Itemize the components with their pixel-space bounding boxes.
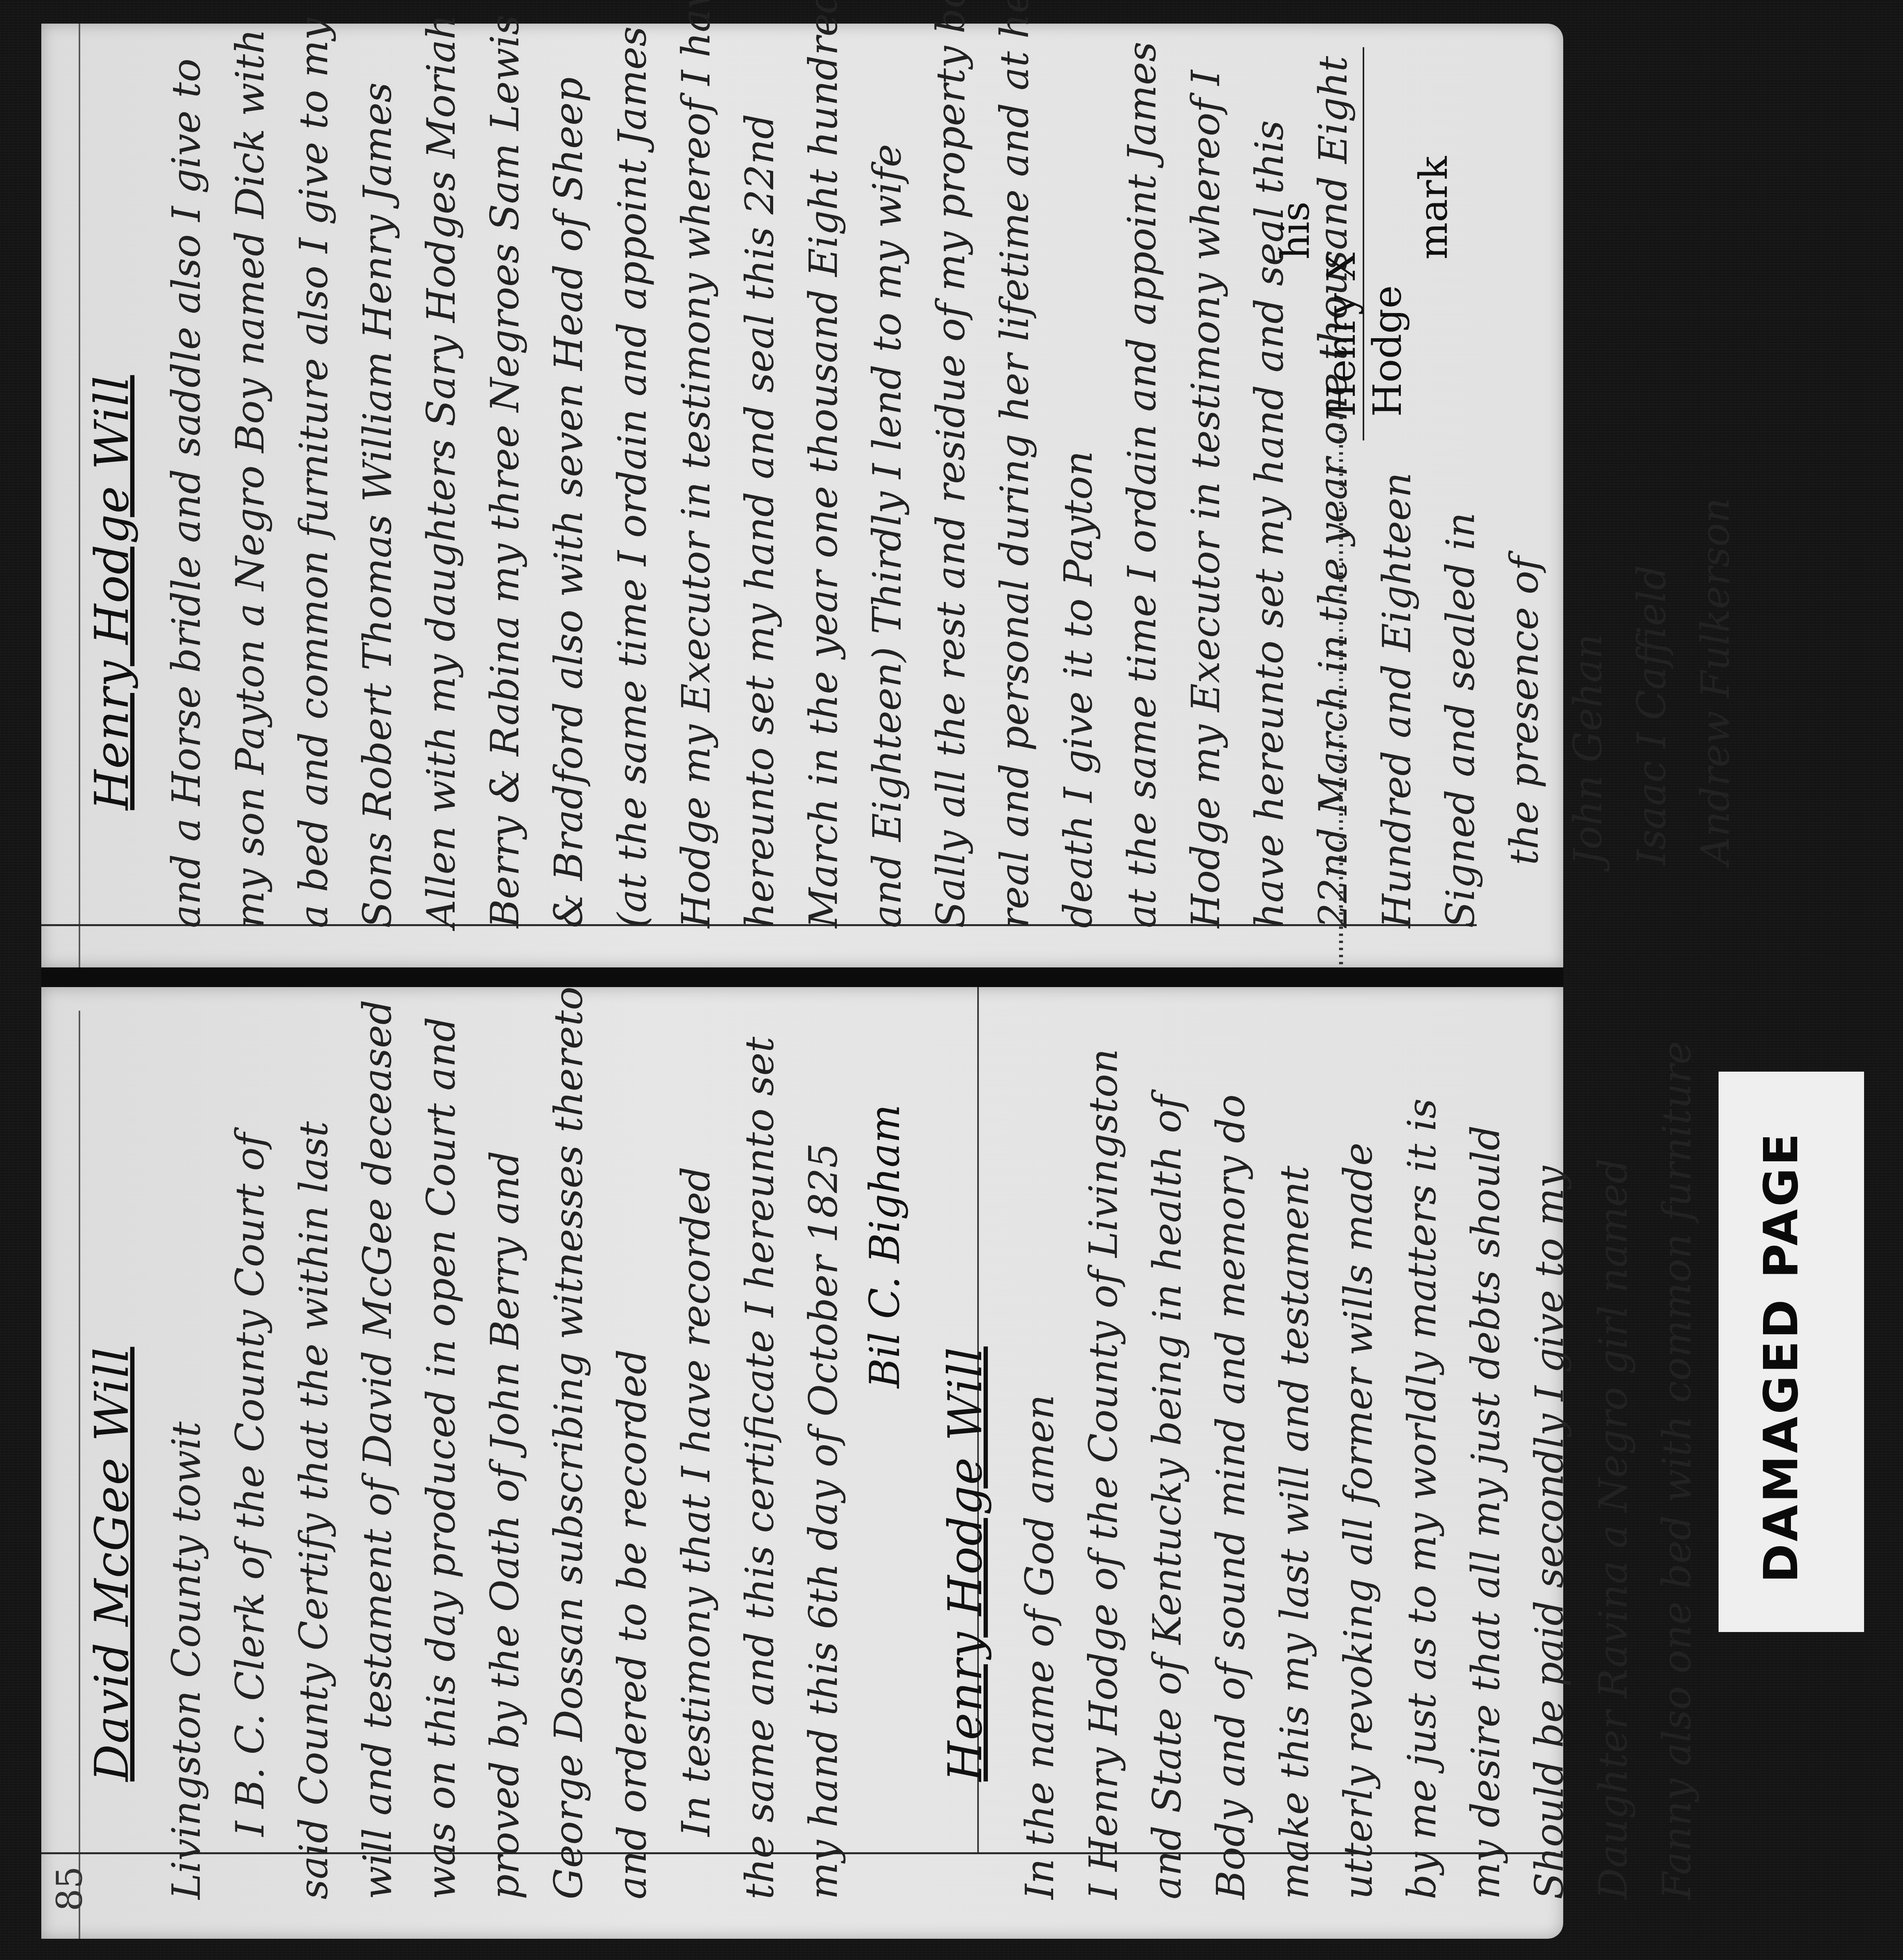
certificate-line: George Dossan subscribing witnesses ther… [537,1026,601,1899]
will-line: Body and of sound mind and memory do [1199,1026,1263,1899]
margin-rule [79,24,80,967]
will-line: Daughter Ravina a Negro girl named [1581,1026,1645,1899]
will-line: and a Horse bridle and saddle also I giv… [155,63,218,928]
will-line: I Henry Hodge of the County of Livingsto… [1072,1026,1135,1899]
certificate-line: I B. C. Clerk of the County Court of [218,1026,282,1899]
will-line: March in the year one thousand Eight hun… [792,63,855,928]
left-page-heading: David McGee Will [85,1026,139,1781]
witness-line: Andrew Fulkerson [1684,63,1747,928]
second-heading: Henry Hodge Will [938,1026,992,1781]
will-line: Should be paid secondly I give to my [1518,1026,1581,1899]
will-book-spread: Henry Hodge Will and a Horse bridle and … [41,24,1563,1939]
certificate-line: was on this day produced in open Court a… [409,1026,473,1899]
will-line: at the same time I ordain and appoint Ja… [1110,63,1174,928]
will-line: Sons Robert Thomas William Henry James [346,63,409,928]
damaged-page-label: DAMAGED PAGE [1754,1131,1809,1583]
certificate-line: and ordered to be recorded [601,1026,664,1899]
testator-his: his [1272,126,1318,417]
will-line: my son Payton a Negro Boy named Dick wit… [218,63,282,928]
right-page: Henry Hodge Will and a Horse bridle and … [41,24,1563,967]
certificate-line: In testimony that I have recorded [664,1026,728,1899]
testator-mark: his Henry X Hodge mark [1272,126,1456,417]
will-line: hereunto set my hand and seal this 22nd [728,63,792,928]
will-line: (at the same time I ordain and appoint J… [601,63,664,928]
testator-mark-label: mark [1410,126,1456,417]
will-line: Fanny also one bed with common furniture [1645,1026,1709,1899]
clerk-signature: Bil C. Bigham [855,1026,914,1899]
book-gutter [41,967,1563,987]
will-line: and Eighteen) Thirdly I lend to my wife [855,63,919,928]
certificate-line: Livingston County towit [155,1026,218,1899]
witness-line: John Gehan [1556,63,1620,928]
will-line: by me just as to my worldly matters it i… [1390,1026,1454,1899]
will-line: a bed and common furniture also I give t… [282,63,346,928]
will-line: death I give it to Payton [1046,63,1110,928]
will-line: In the name of God amen [1008,1026,1072,1899]
testator-name: Henry X Hodge [1318,126,1410,417]
will-line: real and personal during her lifetime an… [983,63,1046,928]
witness-line: Isaac I Caffield [1620,63,1684,928]
right-page-text: Henry Hodge Will and a Horse bridle and … [85,63,1747,928]
will-line: Allen with my daughters Sary Hodges Mori… [409,63,473,928]
will-line: Sally all the rest and residue of my pro… [919,63,983,928]
will-line: utterly revoking all former wills made [1326,1026,1390,1899]
certificate-line: proved by the Oath of John Berry and [473,1026,537,1899]
left-page-text: David McGee Will Livingston County towit… [85,1026,1709,1899]
certificate-line: the same and this certificate I hereunto… [728,1026,792,1899]
certificate-line: will and testament of David McGee deceas… [346,1026,409,1899]
will-line: Hodge my Executor in testimony whereof I… [664,63,728,928]
left-page: 85 David McGee Will Livingston County to… [41,987,1563,1939]
will-line: Hodge my Executor in testimony whereof I [1174,63,1238,928]
will-line: the presence of [1492,63,1556,928]
will-line: & Bradford also with seven Head of Sheep [537,63,601,928]
margin-rule [79,1011,80,1939]
certificate-line: said County Certify that the within last [282,1026,346,1899]
will-line: make this my last will and testament [1263,1026,1326,1899]
damaged-page-tag: DAMAGED PAGE [1719,1072,1864,1632]
seal-zigzag-line [1339,417,1343,967]
will-line: Berry & Rabina my three Negroes Sam Lewi… [473,63,537,928]
will-line: and State of Kentucky being in health of [1135,1026,1199,1899]
right-page-heading: Henry Hodge Will [85,63,139,810]
certificate-line: my hand this 6th day of October 1825 [792,1026,855,1899]
will-line: my desire that all my just debts should [1454,1026,1518,1899]
